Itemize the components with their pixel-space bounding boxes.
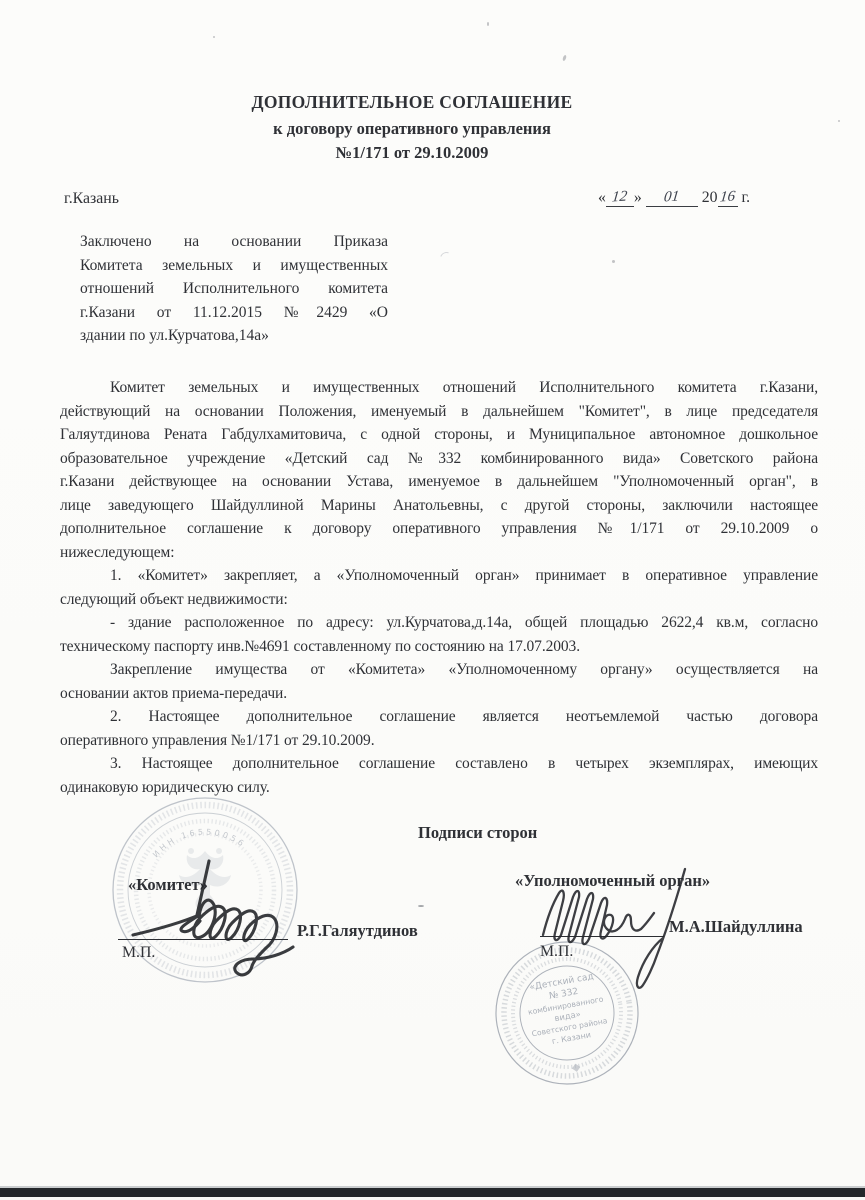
scan-speck <box>562 55 567 62</box>
scan-speck <box>487 22 489 26</box>
document-subtitle: к договору оперативного управления <box>0 119 824 139</box>
date-century: 20 <box>702 189 718 206</box>
body-line: действующий на основании Положения, имен… <box>60 400 818 424</box>
body-line: образовательное учреждение «Детский сад … <box>60 447 818 471</box>
basis-paragraph: Заключено на основании Приказа Комитета … <box>80 230 388 348</box>
body-line: 2. Настоящее дополнительное соглашение я… <box>60 705 818 729</box>
agreement-number: №1/171 от 29.10.2009 <box>0 143 824 163</box>
body-line: лице заведующего Шайдуллиной Марины Анат… <box>60 494 818 518</box>
agreement-body: Комитет земельных и имущественных отноше… <box>60 376 818 799</box>
quote-open: « <box>598 189 606 206</box>
basis-line: Заключено на основании Приказа <box>80 230 388 254</box>
scan-edge-bar <box>0 1188 865 1197</box>
scan-smudge <box>438 250 455 267</box>
body-line: Комитет земельных и имущественных отноше… <box>60 376 818 400</box>
body-line: техническому паспорту инв.№4691 составле… <box>60 635 818 659</box>
body-line: дополнительное соглашение к договору опе… <box>60 517 818 541</box>
body-line: г.Казани действующее на основании Устава… <box>60 470 818 494</box>
scan-speck <box>612 260 615 263</box>
document-title: ДОПОЛНИТЕЛЬНОЕ СОГЛАШЕНИЕ <box>0 92 824 113</box>
scan-speck <box>838 120 840 122</box>
basis-line: Комитета земельных и имущественных <box>80 254 388 278</box>
signatures-heading: Подписи сторон <box>418 823 537 843</box>
date-line: «12» 01 2016 г. <box>598 189 750 207</box>
body-line: следующий объект недвижимости: <box>60 588 818 612</box>
body-line: оперативного управления №1/171 от 29.10.… <box>60 729 818 753</box>
shaydullina-signature <box>515 855 735 1005</box>
body-line: 1. «Комитет» закрепляет, а «Уполномоченн… <box>60 564 818 588</box>
place-label: г.Казань <box>64 190 119 208</box>
body-line: - здание расположенное по адресу: ул.Кур… <box>60 611 818 635</box>
handwritten-day: 12 <box>612 189 629 205</box>
body-line: основании актов приема-передачи. <box>60 682 818 706</box>
body-line: Закрепление имущества от «Комитета» «Упо… <box>60 658 818 682</box>
body-line: нижеследующем: <box>60 541 818 565</box>
body-line: 3. Настоящее дополнительное соглашение с… <box>60 752 818 776</box>
scanned-document-page: ДОПОЛНИТЕЛЬНОЕ СОГЛАШЕНИЕ к договору опе… <box>0 0 865 1200</box>
scan-speck <box>213 36 215 38</box>
basis-line: здании по ул.Курчатова,14а» <box>80 324 388 348</box>
date-day-blank: 12 <box>606 189 634 207</box>
quote-close: » <box>634 189 642 206</box>
galyautdinov-signature <box>95 855 455 1005</box>
body-line: Галяутдинова Рената Габдулхамитовича, с … <box>60 423 818 447</box>
date-era-suffix: г. <box>741 189 750 206</box>
date-year-blank: 16 <box>718 189 738 207</box>
date-month-blank: 01 <box>646 189 698 207</box>
handwritten-month: 01 <box>663 189 680 205</box>
handwritten-year: 16 <box>719 189 736 205</box>
basis-line: отношений Исполнительного комитета <box>80 277 388 301</box>
basis-line: г.Казани от 11.12.2015 №2429 «О <box>80 301 388 325</box>
